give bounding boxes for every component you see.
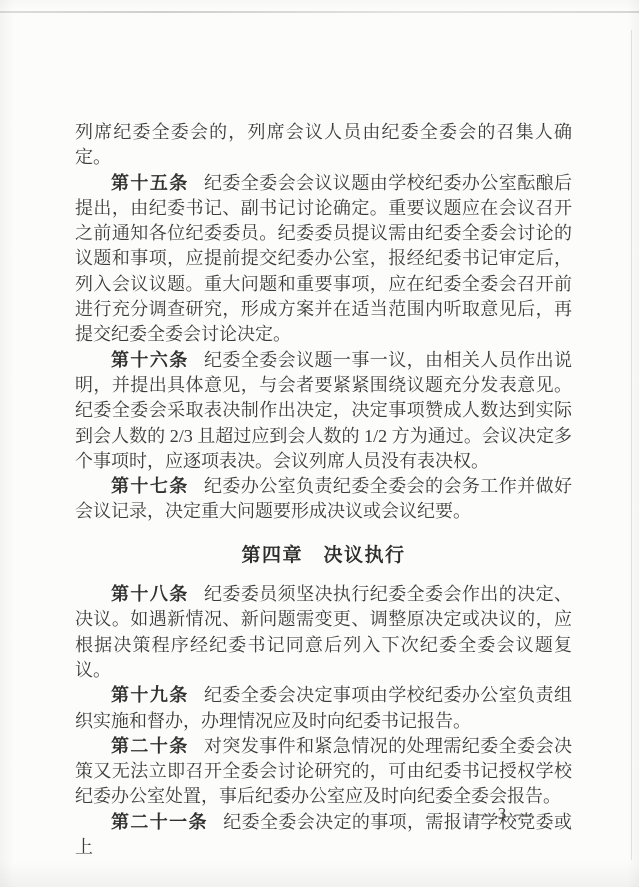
page-number: — 3 — (472, 804, 536, 824)
scan-edge-top-line (0, 11, 639, 13)
clause-paragraph: 第十七条纪委办公室负责纪委全委会的会务工作并做好会议记录，决定重大问题要形成决议… (75, 474, 572, 525)
scanned-document-page: 列席纪委全委会的，列席会议人员由纪委全委会的召集人确定。第十五条纪委全委会会议议… (0, 0, 639, 887)
scan-edge-right-line (631, 30, 632, 860)
clause-paragraph: 第十八条纪委委员须坚决执行纪委全委会作出的决定、决议。如遇新情况、新问题需变更、… (75, 582, 572, 683)
clause-number-label: 第十九条 (111, 685, 189, 705)
chapter-heading: 第四章 决议执行 (75, 543, 572, 568)
clause-number-label: 第十七条 (111, 476, 189, 496)
clause-paragraph: 第二十条对突发事件和紧急情况的处理需纪委全委会决策又无法立即召开全委会讨论研究的… (75, 734, 572, 810)
clause-paragraph: 第十五条纪委全委会会议议题由学校纪委办公室酝酿后提出，由纪委书记、副书记讨论确定… (75, 171, 572, 348)
clause-number-label: 第二十一条 (111, 812, 208, 832)
clause-number-label: 第十八条 (111, 584, 189, 604)
clause-number-label: 第十六条 (111, 350, 189, 370)
continuation-paragraph: 列席纪委全委会的，列席会议人员由纪委全委会的召集人确定。 (75, 120, 572, 171)
clause-paragraph: 第十六条纪委全委会议题一事一议，由相关人员作出说明，并提出具体意见，与会者要紧紧… (75, 348, 572, 474)
clause-number-label: 第十五条 (111, 173, 189, 193)
clause-number-label: 第二十条 (111, 736, 189, 756)
document-text-block: 列席纪委全委会的，列席会议人员由纪委全委会的召集人确定。第十五条纪委全委会会议议… (75, 120, 572, 860)
clause-paragraph: 第十九条纪委全委会决定事项由学校纪委办公室负责组织实施和督办，办理情况应及时向纪… (75, 683, 572, 734)
